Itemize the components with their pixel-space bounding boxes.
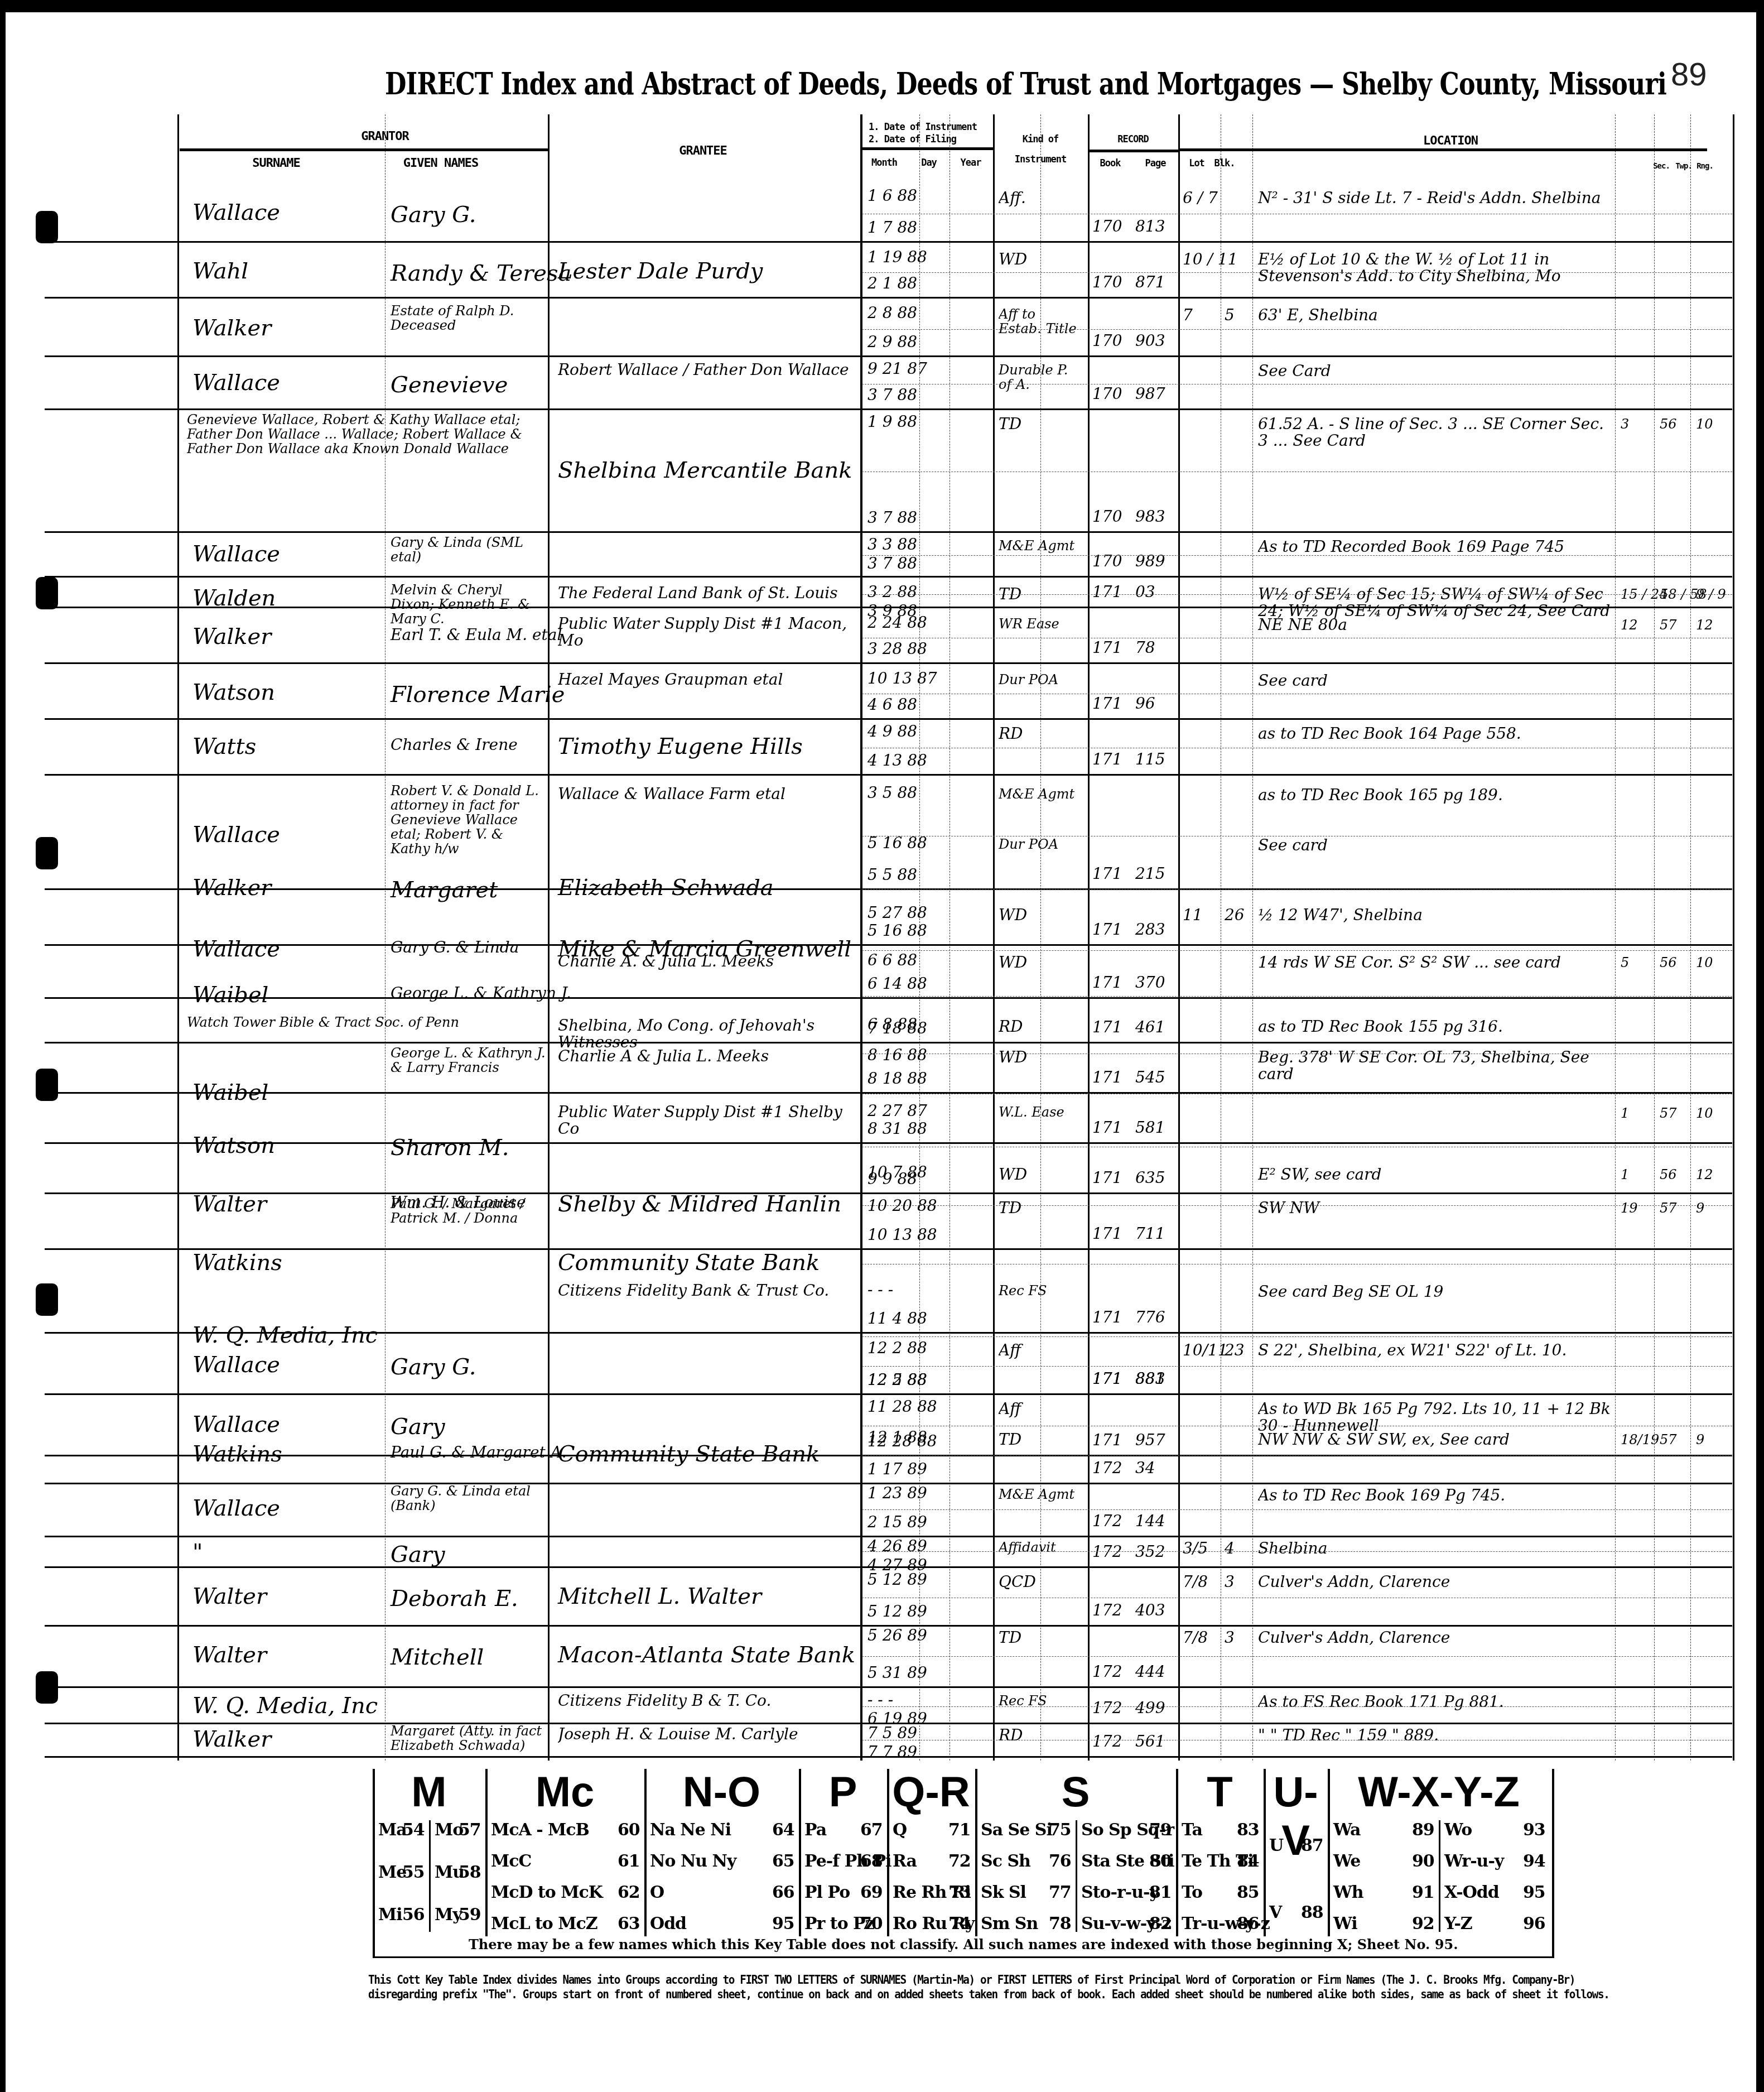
kind-of-instrument: Dur POA [999,837,1082,852]
header-location: LOCATION [1367,134,1534,148]
key-group-range: Sto-r-u-y [1081,1883,1159,1902]
record-book: 171 [1092,865,1122,882]
record-page: 903 [1135,333,1165,349]
date-of-instrument: 10 20 88 [867,1198,937,1214]
key-sheet-number: 67 [860,1820,883,1840]
record-book: 171 [1092,695,1122,712]
date-of-filing: 3 7 88 [867,509,917,526]
key-group-range: No Nu Ny [650,1851,736,1871]
kind-of-instrument: Aff [999,1401,1082,1417]
date-subdivider [862,889,1732,889]
location-description: As to TD Recorded Book 169 Page 745 [1258,538,1615,555]
page-title: DIRECT Index and Abstract of Deeds, Deed… [385,66,1666,102]
col-rule [993,114,995,1761]
date-of-filing: 2 1 88 [867,275,917,292]
key-sheet-number: 55 [402,1863,425,1882]
record-book: 172 [1092,1460,1122,1477]
grantor-given-names: Gary G. [391,1355,476,1379]
header-date-2: 2. Date of Filing [862,134,1000,145]
location-description: 14 rds W SE Cor. S² S² SW ... see card [1258,954,1615,971]
grantor-surname: Genevieve Wallace, Robert & Kathy Wallac… [187,412,544,456]
date-subdivider [862,996,1732,997]
key-group-range: Pa [804,1820,826,1840]
date-of-instrument: 3 2 88 [867,584,917,600]
date-subdivider [862,638,1732,638]
key-sheet-number: 76 [1049,1851,1071,1871]
record-page: 96 [1135,695,1155,712]
location-description: Culver's Addn, Clarence [1258,1629,1615,1646]
row-divider [45,944,1732,946]
grantor-given-names: George L. & Kathryn J. & Larry Francis [391,1046,547,1075]
key-group-range: McA - McB [491,1820,589,1840]
col-rule [1615,114,1616,1761]
row-divider [45,1686,1732,1688]
key-sheet-number: 60 [618,1820,640,1840]
key-subcolumn-rule [429,1820,431,1932]
location-blk: 5 [1225,307,1235,324]
date-subdivider [862,1598,1732,1598]
header-rule [180,148,548,151]
col-rule [1654,114,1655,1761]
kind-of-instrument: WD [999,907,1082,924]
key-group-range: Ta [1182,1820,1202,1840]
grantor-given-names: Margaret [391,878,498,902]
grantee-name: Charlie A. & Julia L. Meeks [558,953,854,970]
key-sheet-number: 59 [459,1905,481,1925]
grantee-name: Public Water Supply Dist #1 Shelby Co [558,1104,854,1137]
record-page: 115 [1135,751,1165,768]
col-rule [1690,114,1691,1761]
location-lot: 7 [1183,307,1193,324]
location-lot: 7/8 [1183,1574,1208,1590]
record-book: 171 [1092,1170,1122,1186]
location-section: 3 [1621,417,1629,431]
location-description: S 22', Shelbina, ex W21' S22' of Lt. 10. [1258,1342,1615,1359]
date-subdivider [862,1094,1732,1094]
scan-edge-left [0,0,6,2092]
date-of-filing: 8 31 88 [867,1120,927,1137]
key-sheet-number: 61 [618,1851,640,1871]
header-blk: Blk. [1211,158,1238,169]
location-description: N² - 31' S side Lt. 7 - Reid's Addn. She… [1258,190,1615,206]
key-sheet-number: 64 [772,1820,794,1840]
kind-of-instrument: Affidavit [999,1540,1082,1555]
date-of-filing: 3 7 88 [867,555,917,572]
date-of-instrument: 6 8 88 [867,1016,917,1033]
grantor-given-names: Paul G. & Margaret A. [391,1444,567,1461]
row-divider [45,1042,1732,1043]
kind-of-instrument: TD [999,1200,1082,1216]
grantor-surname: Wallace [192,1412,280,1437]
grantee-name: Hazel Mayes Graupman etal [558,671,854,688]
date-of-filing: 2 15 89 [867,1514,927,1531]
location-lot: 11 [1183,907,1203,924]
date-of-instrument: 1 23 89 [867,1485,927,1502]
grantor-given-names: Gary G. [391,203,476,227]
record-page: 461 [1135,1019,1165,1036]
punch-hole-icon [36,211,58,243]
kind-of-instrument: WD [999,1166,1082,1183]
location-township: 57 [1660,1106,1677,1120]
grantor-given-names: Mitchell [391,1645,484,1670]
key-sheet-number: 88 [1301,1903,1323,1922]
page-number: 89 [1671,56,1707,93]
grantor-given-names: Gary G. & Linda [391,939,519,956]
kind-of-instrument: Durable P. of A. [999,363,1082,392]
grantor-surname: Wallace [192,937,280,961]
grantor-given-names: Genevieve [391,373,508,397]
key-sheet-number: 68 [860,1851,883,1871]
location-section: 12 [1621,618,1638,632]
grantor-surname: Walker [192,316,271,340]
key-sheet-number: 83 [1237,1820,1259,1840]
col-rule [1252,114,1253,1761]
location-section: 5 [1621,955,1629,970]
date-subdivider [862,329,1732,330]
grantor-surname: Walter [192,1584,267,1609]
grantee-name: Timothy Eugene Hills [558,734,803,759]
key-sheet-number: 80 [1149,1851,1172,1871]
grantee-name: Shelbina Mercantile Bank [558,458,852,483]
record-book: 171 [1092,1069,1122,1086]
location-lot: 3/5 [1183,1540,1208,1557]
date-of-filing: 1 7 88 [867,219,917,236]
record-page: 581 [1135,1119,1165,1136]
header-date-1: 1. Date of Instrument [862,122,1000,133]
scan-edge-right [1756,0,1764,2092]
footer-line-2: disregarding prefix "The". Groups start … [368,1988,1609,2001]
date-subdivider [862,950,1732,951]
date-of-instrument: 10 7 88 [867,1164,927,1181]
grantor-given-names: Gary [391,1415,445,1439]
location-section: 1 [1621,1106,1629,1120]
row-divider [45,1192,1732,1194]
record-book: 170 [1092,508,1122,525]
grantor-given-names: Gary & Linda (SML etal) [391,535,547,564]
date-of-filing: 6 14 88 [867,975,927,992]
key-sheet-number: 70 [860,1914,883,1934]
key-group-letter: N-O [644,1768,799,1816]
col-rule [860,114,862,1761]
grantee-name: Mitchell L. Walter [558,1584,761,1609]
col-rule [1040,114,1041,1761]
key-sheet-number: 92 [1412,1914,1434,1934]
date-of-instrument: 10 13 87 [867,670,937,687]
key-sheet-number: 93 [1523,1820,1545,1840]
location-lot: 7/8 [1183,1629,1208,1646]
record-page: 983 [1135,508,1165,525]
grantor-surname: Watch Tower Bible & Tract Soc. of Penn [187,1015,544,1030]
kind-of-instrument: M&E Agmt [999,787,1082,801]
location-section: 1 [1621,1167,1629,1182]
location-range: 9 [1696,1201,1704,1215]
location-description: SW NW [1258,1200,1615,1216]
record-page: 444 [1135,1663,1165,1680]
date-of-instrument: - - - [867,1281,893,1298]
key-sheet-number: 71 [948,1820,971,1840]
grantor-surname: Watkins [192,1251,282,1275]
key-sheet-number: 65 [772,1851,794,1871]
date-of-filing: 3 28 88 [867,641,927,657]
key-group-range: Y-Z [1444,1914,1472,1934]
location-township: 56 [1660,417,1677,431]
col-rule [1178,114,1180,1761]
row-divider [45,662,1732,664]
location-description: As to WD Bk 165 Pg 792. Lts 10, 11 + 12 … [1258,1401,1615,1434]
grantor-given-names: Estate of Ralph D. Deceased [391,304,547,333]
key-group-range: V [1269,1903,1281,1922]
punch-hole-icon [36,1069,58,1101]
grantee-name: Citizens Fidelity B & T. Co. [558,1692,854,1709]
footer-line-1: This Cott Key Table Index divides Names … [368,1973,1575,1987]
grantor-given-names: Robert V. & Donald L. attorney in fact f… [391,783,547,856]
key-sheet-number: 95 [772,1914,794,1934]
record-book: 171 [1092,751,1122,768]
kind-of-instrument: TD [999,1629,1082,1646]
location-range: 10 [1696,1106,1713,1120]
key-group-range: We [1333,1851,1360,1871]
date-of-instrument: 4 26 89 [867,1538,927,1555]
record-book: 171 [1092,921,1122,938]
location-description: W½ of SE¼ of Sec 15; SW¼ of SW¼ of Sec 2… [1258,586,1615,619]
key-group-range: Wh [1333,1883,1363,1902]
record-book: 171 [1092,1370,1122,1387]
date-of-instrument: 11 28 88 [867,1398,937,1415]
grantee-name: Macon-Atlanta State Bank [558,1643,855,1667]
record-page: 352 [1135,1543,1165,1560]
location-description: E² SW, see card [1258,1166,1615,1183]
kind-of-instrument: M&E Agmt [999,1487,1082,1502]
header-book: Book [1088,158,1132,169]
kind-of-instrument: RD [999,725,1082,742]
location-section: 18/19 [1621,1432,1659,1447]
date-of-instrument: 12 1 88 [867,1429,927,1446]
record-book: 172 [1092,1700,1122,1716]
key-sheet-number: 75 [1049,1820,1071,1840]
row-divider [45,1393,1732,1395]
date-of-instrument: 7 5 89 [867,1725,917,1742]
key-group-range: Q [893,1820,907,1840]
grantee-name: Community State Bank [558,1442,820,1466]
record-page: 34 [1135,1460,1155,1477]
grantor-surname: Waibel [192,983,268,1007]
row-divider [45,1566,1732,1568]
grantee-name: Community State Bank [558,1251,820,1275]
kind-of-instrument: Dur POA [999,672,1082,687]
record-book: 171 [1092,584,1122,600]
record-page: 711 [1135,1225,1165,1242]
grantor-given-names: Melvin & Cheryl Dixon; Kenneth E. & Mary… [391,583,547,626]
date-subdivider [862,1426,1732,1426]
record-book: 172 [1092,1513,1122,1530]
record-page: 883 [1135,1370,1165,1387]
date-of-filing: 10 13 88 [867,1227,937,1243]
date-subdivider [862,1706,1732,1707]
grantor-given-names: Paul G. / Margaret / Patrick M. / Donna [391,1196,547,1225]
location-description: See Card [1258,363,1615,379]
location-range: 12 [1696,1167,1713,1182]
grantor-surname: W. Q. Media, Inc [192,1694,378,1718]
grantor-surname: W. Q. Media, Inc [192,1323,378,1348]
col-rule [1088,114,1090,1761]
key-group-letter: Q-R [887,1768,975,1816]
location-description: Shelbina [1258,1540,1615,1557]
date-of-filing: 3 7 88 [867,387,917,403]
grantee-name: The Federal Land Bank of St. Louis [558,585,854,602]
key-subcolumn-rule [1076,1820,1077,1932]
key-group-range: Sc Sh [981,1851,1030,1871]
ledger-frame [177,114,1734,1761]
record-book: 171 [1092,1119,1122,1136]
key-sheet-number: 96 [1523,1914,1545,1934]
punch-hole-icon [36,837,58,869]
date-subdivider [862,1509,1732,1510]
record-book: 172 [1092,1733,1122,1750]
record-page: 03 [1135,584,1155,600]
header-month: Month [862,157,907,169]
key-group-range: U [1269,1836,1283,1855]
key-sheet-number: 95 [1523,1883,1545,1902]
date-of-filing: 5 16 88 [867,922,927,939]
key-sheet-number: 77 [1049,1883,1071,1902]
grantee-name: Citizens Fidelity Bank & Trust Co. [558,1282,854,1299]
key-group-letter: P [799,1768,887,1816]
date-of-instrument: 6 6 88 [867,952,917,969]
location-blk: 3 [1225,1629,1235,1646]
grantor-given-names: Randy & Teresa [391,261,571,286]
date-subdivider [862,272,1732,273]
record-book: 172 [1092,1543,1122,1560]
date-subdivider [862,1366,1732,1367]
key-sheet-number: 74 [948,1914,971,1934]
row-divider [45,607,1732,608]
record-page: 144 [1135,1513,1165,1530]
col-rule [548,114,550,1761]
row-divider [45,576,1732,578]
key-subcolumn-rule [1439,1820,1440,1932]
grantor-given-names: Gary G. & Linda etal (Bank) [391,1484,547,1513]
grantee-name: Elizabeth Schwada [558,876,774,900]
location-description: Beg. 378' W SE Cor. OL 73, Shelbina, See… [1258,1049,1615,1083]
record-page: 561 [1135,1733,1165,1750]
location-lot: 6 / 7 [1183,190,1218,206]
grantor-surname: Wallace [192,1496,280,1521]
key-sheet-number: 79 [1149,1820,1172,1840]
date-of-instrument: 3 5 88 [867,785,917,801]
grantee-name: Robert Wallace / Father Don Wallace [558,362,854,378]
grantor-surname: Walter [192,1192,267,1216]
date-of-filing: 2 9 88 [867,334,917,350]
location-description: 63' E, Shelbina [1258,307,1615,324]
date-of-instrument: 5 16 88 [867,835,927,852]
record-book: 170 [1092,274,1122,291]
row-divider [45,297,1732,299]
kind-of-instrument: RD [999,1018,1082,1035]
key-group-range: Na Ne Ni [650,1820,731,1840]
date-of-instrument: 9 21 87 [867,360,927,377]
record-page: 987 [1135,386,1165,402]
grantor-surname: Wallace [192,200,280,225]
key-sheet-number: 62 [618,1883,640,1902]
row-divider [45,774,1732,776]
header-kind-1: Kind of [993,134,1088,145]
date-subdivider [862,594,1732,595]
key-group-letter: W-X-Y-Z [1328,1768,1550,1816]
key-group-range: McL to McZ [491,1914,597,1934]
header-day: Day [909,157,948,169]
key-group-range: McD to McK [491,1883,603,1902]
location-blk: 26 [1225,907,1245,924]
grantor-surname: Wallace [192,1353,280,1377]
date-of-filing: 12 5 88 [867,1372,927,1388]
date-subdivider [862,1740,1732,1740]
location-description: 61.52 A. - S line of Sec. 3 ... SE Corne… [1258,416,1615,449]
location-description: as to TD Rec Book 165 pg 189. [1258,787,1615,804]
header-twp: Twp. [1673,162,1695,171]
date-of-filing: 1 17 89 [867,1461,927,1478]
location-township: 56 [1660,1167,1677,1182]
date-subdivider [862,1264,1732,1264]
row-divider [45,718,1732,720]
row-divider [45,241,1732,243]
record-book: 171 [1092,1309,1122,1326]
location-description: See card [1258,837,1615,854]
location-range: 9 [1696,1432,1704,1447]
location-range: 10 [1696,955,1713,970]
date-subdivider [862,214,1732,214]
key-sheet-number: 90 [1412,1851,1434,1871]
location-description: See card Beg SE OL 19 [1258,1283,1615,1300]
kind-of-instrument: TD [999,416,1082,432]
key-group-range: Sm Sn [981,1914,1038,1934]
grantor-surname: Watson [192,1133,275,1158]
location-township: 57 [1660,1432,1677,1447]
grantor-given-names: Deborah E. [391,1586,518,1611]
row-divider [45,1248,1732,1250]
record-page: 871 [1135,274,1165,291]
kind-of-instrument: WD [999,954,1082,971]
key-sheet-number: 54 [402,1820,425,1840]
key-group-range: Sa Se Si [981,1820,1052,1840]
date-of-filing: 5 31 89 [867,1665,927,1681]
date-of-instrument: 8 16 88 [867,1047,927,1064]
key-sheet-number: 58 [459,1863,481,1882]
key-sheet-number: 84 [1237,1851,1259,1871]
date-of-instrument: 2 8 88 [867,305,917,321]
grantee-name: Shelby & Mildred Hanlin [558,1192,841,1216]
record-page: 403 [1135,1602,1165,1619]
location-section: 19 [1621,1201,1638,1215]
record-page: 370 [1135,974,1165,991]
date-of-instrument: 1 6 88 [867,187,917,204]
key-sheet-number: 82 [1149,1914,1172,1934]
location-blk: 4 [1225,1540,1235,1557]
location-description: E½ of Lot 10 & the W. ½ of Lot 11 in Ste… [1258,251,1615,285]
date-subdivider [862,384,1732,384]
key-group-range: Sk Sl [981,1883,1026,1902]
header-grantee: GRANTEE [647,144,759,158]
location-description: ½ 12 W47', Shelbina [1258,907,1615,924]
record-page: 957 [1135,1432,1165,1449]
grantee-name: Wallace & Wallace Farm etal [558,786,854,802]
row-divider [45,531,1732,533]
date-of-instrument: 1 19 88 [867,249,927,266]
key-group-range: Wi [1333,1914,1357,1934]
record-book: 171 [1092,639,1122,656]
key-sheet-number: 69 [860,1883,883,1902]
location-description: Culver's Addn, Clarence [1258,1574,1615,1590]
key-sheet-number: 94 [1523,1851,1545,1871]
